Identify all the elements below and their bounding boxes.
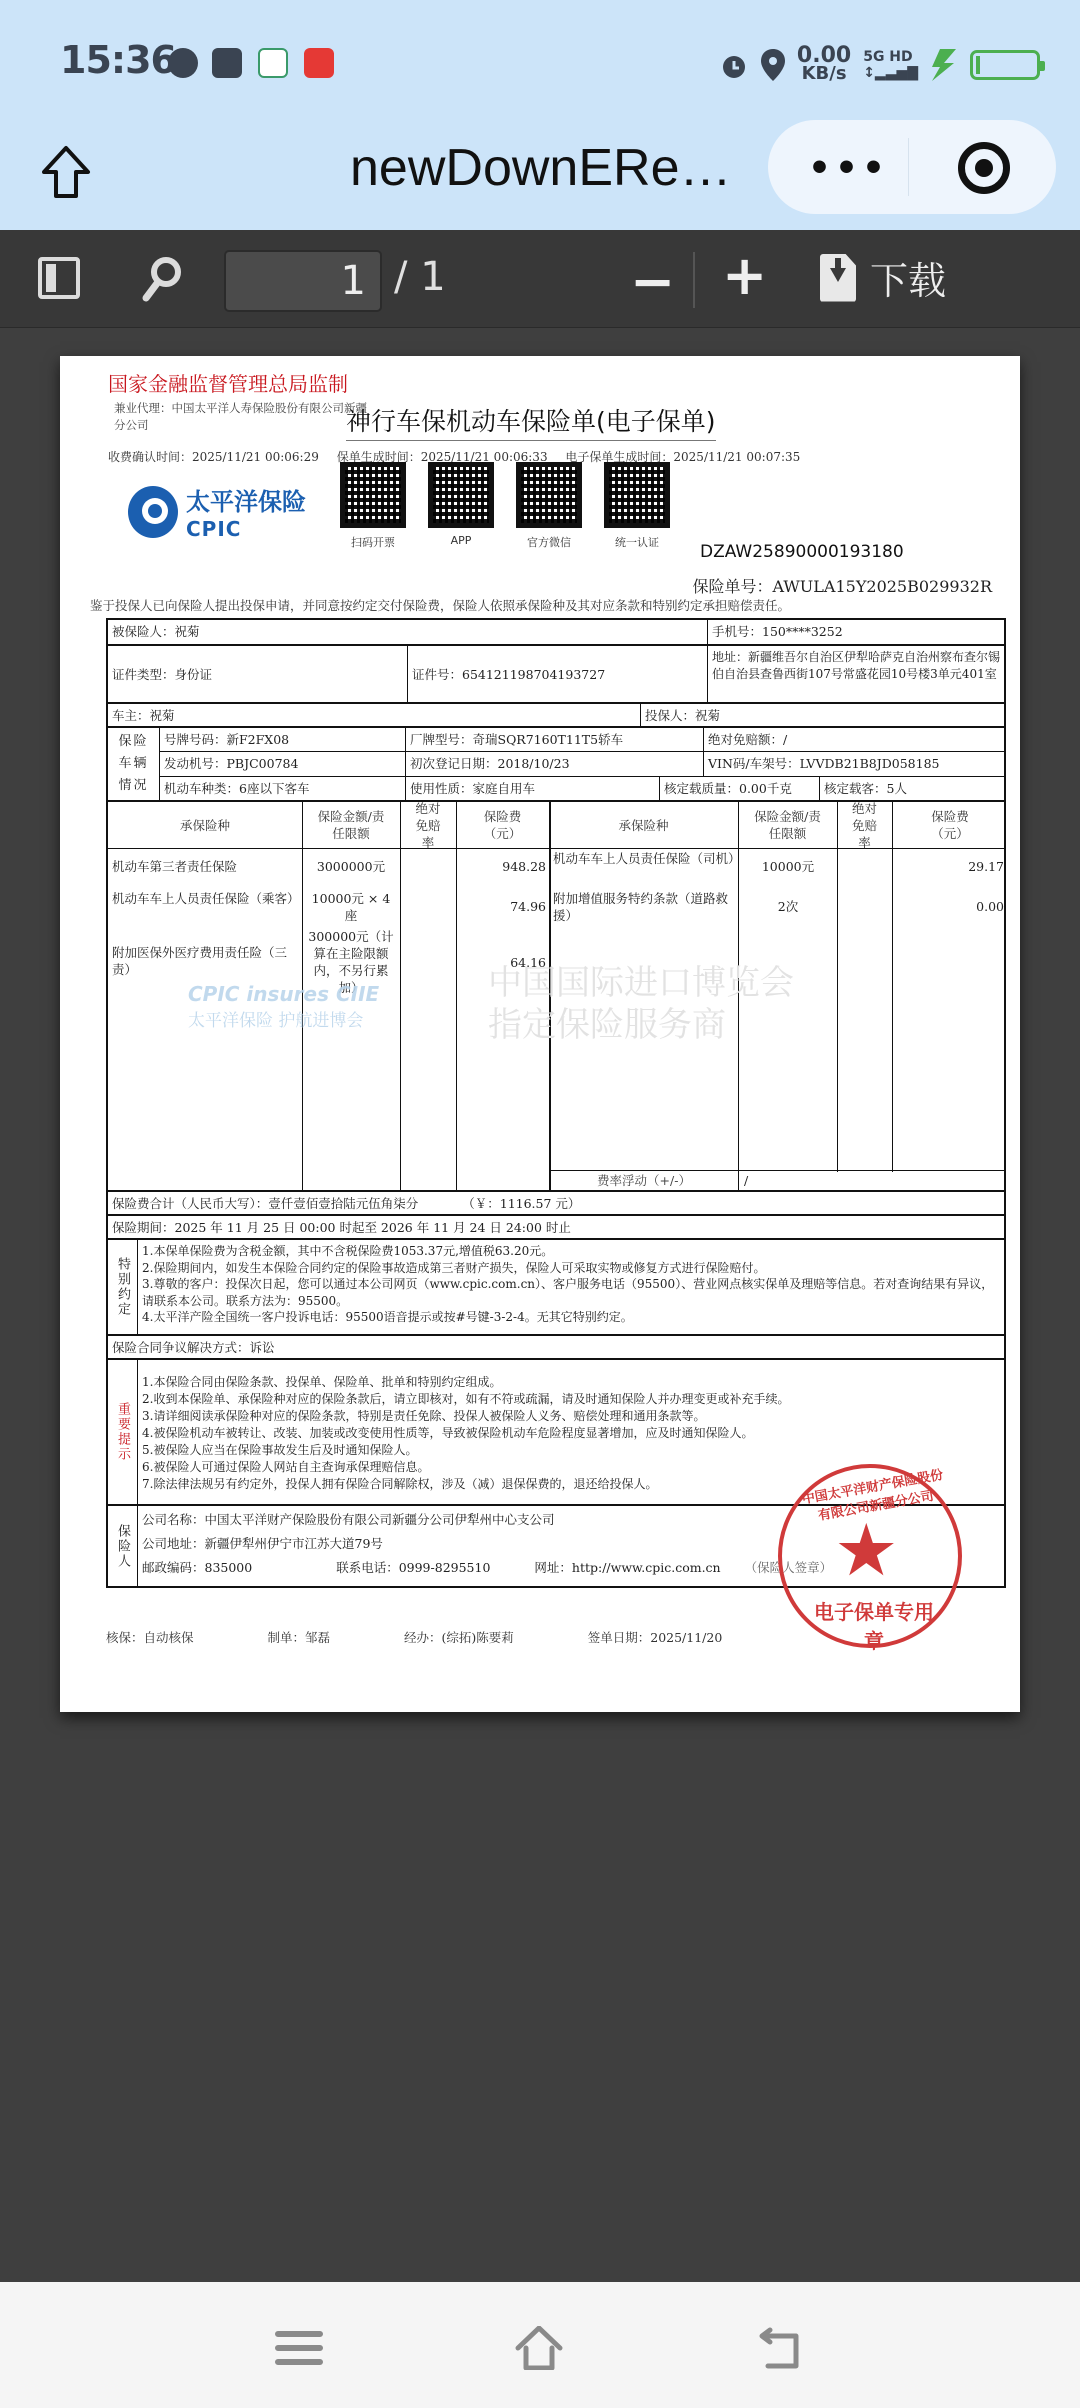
verification-code: DZAW25890000193180 (700, 542, 904, 562)
battery-icon (970, 50, 1040, 80)
game-app-icon (304, 48, 334, 78)
home-up-arrow-icon[interactable] (36, 142, 96, 202)
home-icon[interactable] (514, 2326, 564, 2370)
download-icon (820, 254, 856, 302)
coverage-name: 机动车车上人员责任保险（乘客） (112, 890, 298, 907)
qr-code-icon (516, 462, 582, 528)
dispute-resolution: 保险合同争议解决方式：诉讼 (108, 1336, 1004, 1358)
pdf-viewer[interactable]: 国家金融监督管理总局监制 兼业代理：中国太平洋人寿保险股份有限公司新疆分公司 神… (0, 328, 1080, 2282)
qr-code-icon (428, 462, 494, 528)
hand-app-icon (212, 48, 242, 78)
status-bar: 15:36 0.00 KB/s 5G HD ↕▂▃▅▇ (0, 0, 1080, 120)
zoom-out-button[interactable]: − (630, 250, 675, 313)
qr-verify: 统一认证 (604, 462, 670, 550)
qr-code-icon (340, 462, 406, 528)
pdf-toolbar: 1 / 1 − + 下载 (0, 230, 1080, 328)
qr-code-icon (604, 462, 670, 528)
coverage-name: 机动车第三者责任保险 (112, 858, 298, 875)
insurance-period: 保险期间：2025 年 11 月 25 日 00:00 时起至 2026 年 1… (108, 1216, 1004, 1238)
star-icon: ★ (834, 1514, 899, 1586)
coverage-name: 附加医保外医疗费用责任险（三责） (112, 944, 298, 978)
more-button[interactable]: ••• (808, 148, 889, 189)
insurer-label: 保险人 (108, 1506, 138, 1586)
status-right: 0.00 KB/s 5G HD ↕▂▃▅▇ (719, 40, 1040, 90)
coverage-table: 承保险种 保险金额/责任限额 绝对免赔率 保险费（元） 承保险种 保险金额/责任… (106, 802, 1006, 1192)
ciie-text-watermark: 中国国际进口博览会 指定保险服务商 (488, 962, 794, 1046)
company-seal: 中国太平洋财产保险股份有限公司新疆分公司 ★ 电子保单专用章 (778, 1464, 962, 1648)
search-icon[interactable] (140, 254, 184, 304)
signal-indicator: 5G HD ↕▂▃▅▇ (863, 49, 918, 81)
intro-text: 鉴于投保人已向保险人提出投保申请，并同意按约定交付保险费，保险人依照承保险种及其… (90, 596, 790, 614)
vehicle-section-label: 保险车辆情况 (108, 728, 160, 800)
signal-bars-icon: ↕▂▃▅▇ (863, 65, 918, 81)
alarm-icon (719, 50, 749, 80)
qr-invoice: 扫码开票 (340, 462, 406, 550)
back-icon[interactable] (756, 2326, 806, 2370)
special-terms: 1.本保单保险费为含税金额，其中不含税保险费1053.37元,增值税63.20元… (138, 1240, 1004, 1334)
sidebar-toggle-icon[interactable] (38, 257, 80, 299)
qr-wechat: 官方微信 (516, 462, 582, 550)
net-speed: 0.00 KB/s (797, 47, 851, 83)
qr-codes: 扫码开票 APP 官方微信 统一认证 (340, 462, 670, 550)
document-title: 神行车保机动车保险单(电子保单) (346, 402, 716, 441)
menu-icon[interactable] (274, 2326, 324, 2370)
document-footer: 核保：自动核保 制单：邹磊 经办：(综拓)陈要莉 签单日期：2025/11/20 (106, 1628, 792, 1646)
cpic-logo-icon (128, 486, 178, 538)
coverage-name: 附加增值服务特约条款（道路救援） (553, 890, 735, 924)
close-target-button[interactable] (958, 142, 1010, 194)
policy-number: 保险单号：AWULA15Y2025B029932R (692, 574, 992, 597)
qr-app: APP (428, 462, 494, 550)
bank-app-icon (258, 48, 288, 78)
message-bubble-icon (168, 48, 198, 78)
download-label: 下载 (870, 250, 946, 305)
page-count: / 1 (394, 254, 446, 300)
system-nav-bar (0, 2282, 1080, 2408)
special-terms-label: 特别约定 (108, 1240, 138, 1334)
premium-total: 保险费合计（人民币大写）：壹仟壹佰壹拾陆元伍角柒分 (112, 1196, 418, 1211)
mini-program-capsule: ••• (768, 120, 1056, 214)
ciie-watermark: CPIC insures CIIE 太平洋保险 护航进博会 (188, 982, 379, 1031)
important-notice-label: 重要提示 (108, 1360, 138, 1504)
pdf-page: 国家金融监督管理总局监制 兼业代理：中国太平洋人寿保险股份有限公司新疆分公司 神… (60, 356, 1020, 1712)
capsule-divider (908, 138, 909, 196)
zoom-in-button[interactable]: + (722, 244, 767, 307)
status-time: 15:36 (60, 38, 176, 82)
download-button[interactable]: 下载 (820, 250, 946, 305)
premium-total-number: （￥：1116.57 元） (462, 1196, 580, 1211)
page-number-input[interactable]: 1 (224, 250, 382, 312)
page-title: newDownERe… (350, 138, 732, 198)
zoom-divider (693, 252, 695, 308)
location-icon (761, 49, 785, 81)
coverage-name: 机动车车上人员责任保险（司机） (553, 850, 735, 867)
cpic-logo: 太平洋保险 CPIC (128, 482, 306, 541)
charging-icon (930, 49, 958, 81)
insured-info-table: 被保险人：祝菊 手机号：150****3252 证件类型：身份证 证件号：654… (106, 618, 1006, 802)
agent-info: 兼业代理：中国太平洋人寿保险股份有限公司新疆分公司 (114, 400, 374, 434)
regulator-header: 国家金融监督管理总局监制 (108, 368, 348, 397)
